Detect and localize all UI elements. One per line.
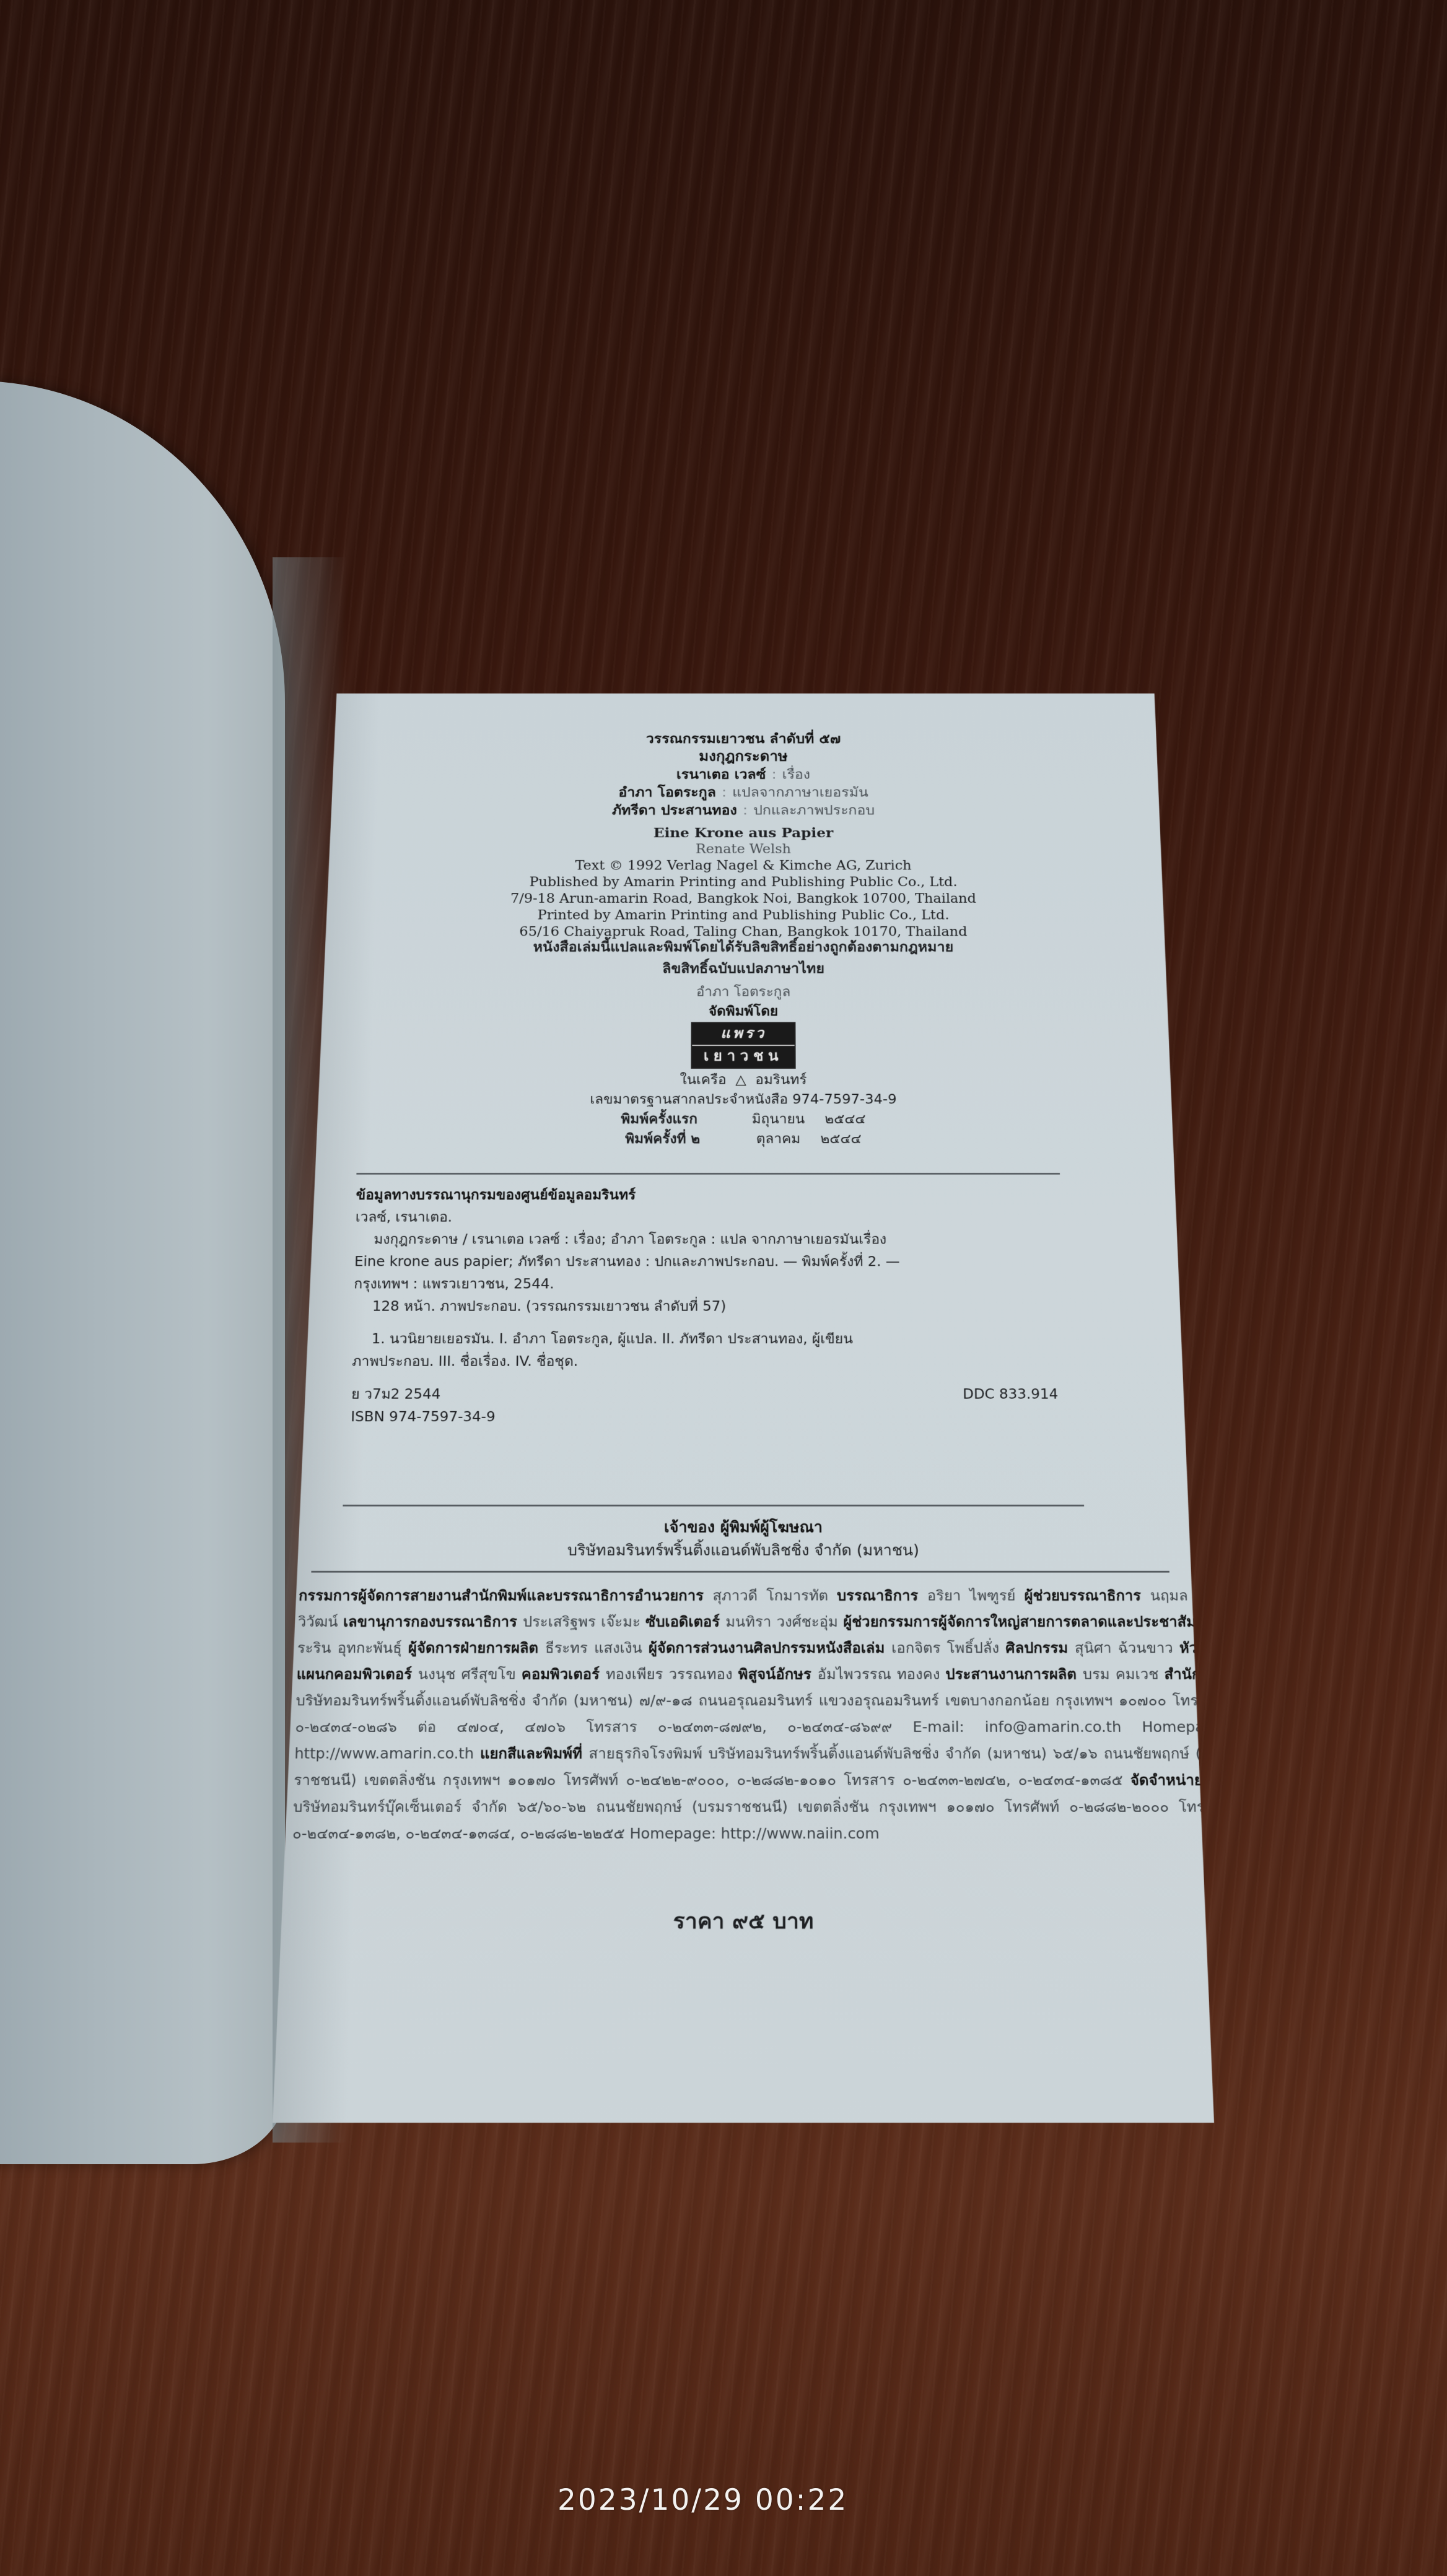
credit-name: สุภาวดี โกมารทัต <box>713 1587 837 1604</box>
owner-heading: เจ้าของ ผู้พิมพ์ผู้โฆษณา <box>288 1516 1199 1539</box>
rights-holder: อำภา โอตระกูล <box>302 982 1184 1001</box>
logo-bottom-text: เยาวชน <box>692 1046 794 1066</box>
credit-role: สำนักงาน <box>1164 1666 1226 1682</box>
credit-role: ศิลปกรรม <box>1005 1639 1075 1656</box>
series-line: วรรณกรรมเยาวชน ลำดับที่ ๕๗ <box>309 730 1178 748</box>
credit-name: อริยา ไพฑูรย์ <box>927 1587 1025 1604</box>
call-number: ย ว7ม2 2544 <box>351 1383 441 1406</box>
divider <box>343 1505 1084 1507</box>
original-author: Renate Welsh <box>306 841 1180 858</box>
cip-heading: ข้อมูลทางบรรณานุกรมของศูนย์ข้อมูลอมรินทร… <box>356 1184 1054 1206</box>
cip-description: กรุงเทพฯ : แพรวเยาวชน, 2544. <box>354 1273 1056 1295</box>
left-facing-page <box>0 381 285 2164</box>
credit-name: ระริน อุทกะพันธุ์ <box>297 1639 409 1656</box>
credit-name: ธีระทร แสงเงิน <box>545 1639 649 1656</box>
credit-name: สุนิศา ฉ้วนขาว <box>1075 1639 1180 1656</box>
cip-classification-row: ย ว7ม2 2544 DDC 833.914 <box>351 1383 1059 1406</box>
cip-description: Eine krone aus papier; ภัทรีดา ประสานทอง… <box>354 1250 1056 1273</box>
rights-notice: หนังสือเล่มนี้แปลและพิมพ์โดยได้รับลิขสิท… <box>303 936 1184 979</box>
title-block: วรรณกรรมเยาวชน ลำดับที่ ๕๗ มงกุฎกระดาษ เ… <box>307 730 1179 819</box>
network-name: อมรินทร์ <box>755 1072 807 1087</box>
illustrator-role: ปกและภาพประกอบ <box>753 803 875 818</box>
printing-row: พิมพ์ครั้งแรก มิถุนายน ๒๕๔๔ <box>299 1109 1188 1129</box>
colon-separator: : <box>743 801 748 819</box>
triangle-logo-icon: △ <box>735 1070 746 1090</box>
credit-role: แยกสีและพิมพ์ที่ <box>480 1745 589 1762</box>
printing-year: ๒๕๔๔ <box>820 1129 862 1149</box>
divider <box>311 1571 1169 1573</box>
original-line: Published by Amarin Printing and Publish… <box>305 874 1181 890</box>
translator-line: อำภา โอตระกูล:แปลจากภาษาเยอรมัน <box>308 783 1179 801</box>
original-edition-block: Eine Krone aus Papier Renate Welsh Text … <box>304 825 1183 941</box>
divider <box>356 1173 1060 1175</box>
network-line: ในเครือ △ อมรินทร์ <box>300 1070 1186 1090</box>
printing-month: ตุลาคม <box>756 1129 801 1149</box>
credit-name: มนทิรา วงศ์ชะอุ่ม <box>725 1613 843 1630</box>
cip-pages: 128 หน้า. ภาพประกอบ. (วรรณกรรมเยาวชน ลำด… <box>353 1295 1057 1317</box>
owner-block: เจ้าของ ผู้พิมพ์ผู้โฆษณา บริษัทอมรินทร์พ… <box>287 1516 1199 1562</box>
printing-label: พิมพ์ครั้งแรก <box>621 1109 732 1129</box>
translator-name: อำภา โอตระกูล <box>618 785 716 800</box>
printing-month: มิถุนายน <box>752 1109 805 1129</box>
credit-role: ผู้จัดการฝ่ายการผลิต <box>408 1639 546 1656</box>
praew-youth-logo: แพรว เยาวชน <box>691 1022 795 1068</box>
colon-separator: : <box>722 783 727 801</box>
printing-label: พิมพ์ครั้งที่ ๒ <box>625 1129 737 1149</box>
credit-role: จัดจำหน่ายโดย <box>1130 1772 1230 1789</box>
credit-name: ทองเพียร วรรณทอง <box>606 1666 738 1682</box>
credit-role: ผู้ช่วยบรรณาธิการ <box>1024 1587 1150 1604</box>
network-prefix: ในเครือ <box>680 1072 727 1087</box>
credit-name: อัมไพวรรณ ทองคง <box>818 1666 946 1682</box>
rights-line-2: ลิขสิทธิ์ฉบับแปลภาษาไทย <box>303 958 1184 980</box>
credit-role: บรรณาธิการ <box>837 1587 927 1604</box>
copyright-page: วรรณกรรมเยาวชน ลำดับที่ ๕๗ มงกุฎกระดาษ เ… <box>273 694 1214 2123</box>
illustrator-line: ภัทรีดา ประสานทอง:ปกและภาพประกอบ <box>307 801 1179 819</box>
original-line: Printed by Amarin Printing and Publishin… <box>305 907 1183 924</box>
ddc-number: DDC 833.914 <box>963 1383 1059 1406</box>
cip-subjects: 1. นวนิยายเยอรมัน. I. อำภา โอตระกูล, ผู้… <box>352 1328 1057 1350</box>
author-role: เรื่อง <box>782 767 811 782</box>
credit-role: ผู้จัดการส่วนงานศิลปกรรมหนังสือเล่ม <box>649 1639 891 1656</box>
credit-name: นงนุช ศรีสุขโข <box>418 1666 522 1682</box>
cip-description: มงกุฎกระดาษ / เรนาเตอ เวลซ์ : เรื่อง; อำ… <box>355 1228 1056 1250</box>
credit-role: กรรมการผู้จัดการสายงานสำนักพิมพ์และบรรณา… <box>299 1587 713 1604</box>
publisher-block: อำภา โอตระกูล จัดพิมพ์โดย แพรว เยาวชน ใน… <box>299 982 1188 1149</box>
isbn-thai-line: เลขมาตรฐานสากลประจำหนังสือ 974-7597-34-9 <box>300 1089 1187 1109</box>
photo-timestamp: 2023/10/29 00:22 <box>557 2483 848 2517</box>
credit-role: พิสูจน์อักษร <box>738 1666 818 1682</box>
staff-credits: กรรมการผู้จัดการสายงานสำนักพิมพ์และบรรณา… <box>292 1582 1231 1847</box>
original-line: 7/9-18 Arun-amarin Road, Bangkok Noi, Ba… <box>305 890 1181 907</box>
original-line: Text © 1992 Verlag Nagel & Kimche AG, Zu… <box>306 858 1181 874</box>
credit-name: เอกจิตร โพธิ์ปลั่ง <box>891 1639 1006 1656</box>
isbn: ISBN 974-7597-34-9 <box>351 1406 1059 1429</box>
credit-role: ผู้ช่วยกรรมการผู้จัดการใหญ่สายการตลาดและ… <box>843 1613 1225 1630</box>
credit-role: ซับเอดิเตอร์ <box>645 1613 725 1630</box>
credit-name: บรม คมเวช <box>1083 1666 1165 1682</box>
credit-role: คอมพิวเตอร์ <box>522 1666 606 1682</box>
credit-role: ประสานงานการผลิต <box>945 1666 1083 1682</box>
illustrator-name: ภัทรีดา ประสานทอง <box>612 803 737 818</box>
cip-subjects: ภาพประกอบ. III. ชื่อเรื่อง. IV. ชื่อชุด. <box>352 1350 1057 1372</box>
colon-separator: : <box>772 765 777 783</box>
credit-role: เลขานุการกองบรรณาธิการ <box>343 1613 523 1630</box>
cip-author-entry: เวลซ์, เรนาเตอ. <box>355 1206 1055 1229</box>
printing-year: ๒๕๔๔ <box>824 1109 866 1129</box>
owner-company: บริษัทอมรินทร์พริ้นติ้งแอนด์พับลิชชิ่ง จ… <box>287 1539 1199 1562</box>
rights-line-1: หนังสือเล่มนี้แปลและพิมพ์โดยได้รับลิขสิท… <box>304 936 1183 958</box>
thai-title: มงกุฎกระดาษ <box>308 748 1178 766</box>
logo-top-text: แพรว <box>692 1023 794 1046</box>
cataloging-data: ข้อมูลทางบรรณานุกรมของศูนย์ข้อมูลอมรินทร… <box>351 1184 1059 1428</box>
original-title: Eine Krone aus Papier <box>307 825 1180 841</box>
arranged-by-label: จัดพิมพ์โดย <box>302 1001 1184 1020</box>
credit-name: ประเสริฐพร เจ๊ะมะ <box>523 1613 645 1630</box>
translator-role: แปลจากภาษาเยอรมัน <box>732 785 868 800</box>
credit-name: บริษัทอมรินทร์บุ๊คเซ็นเตอร์ จำกัด ๖๕/๖๐-… <box>292 1798 1230 1842</box>
printing-row: พิมพ์ครั้งที่ ๒ ตุลาคม ๒๕๔๔ <box>299 1129 1188 1149</box>
author-line: เรนาเตอ เวลซ์:เรื่อง <box>308 765 1179 783</box>
author-name: เรนาเตอ เวลซ์ <box>676 767 766 782</box>
price-label: ราคา ๙๕ บาท <box>278 1904 1209 1938</box>
